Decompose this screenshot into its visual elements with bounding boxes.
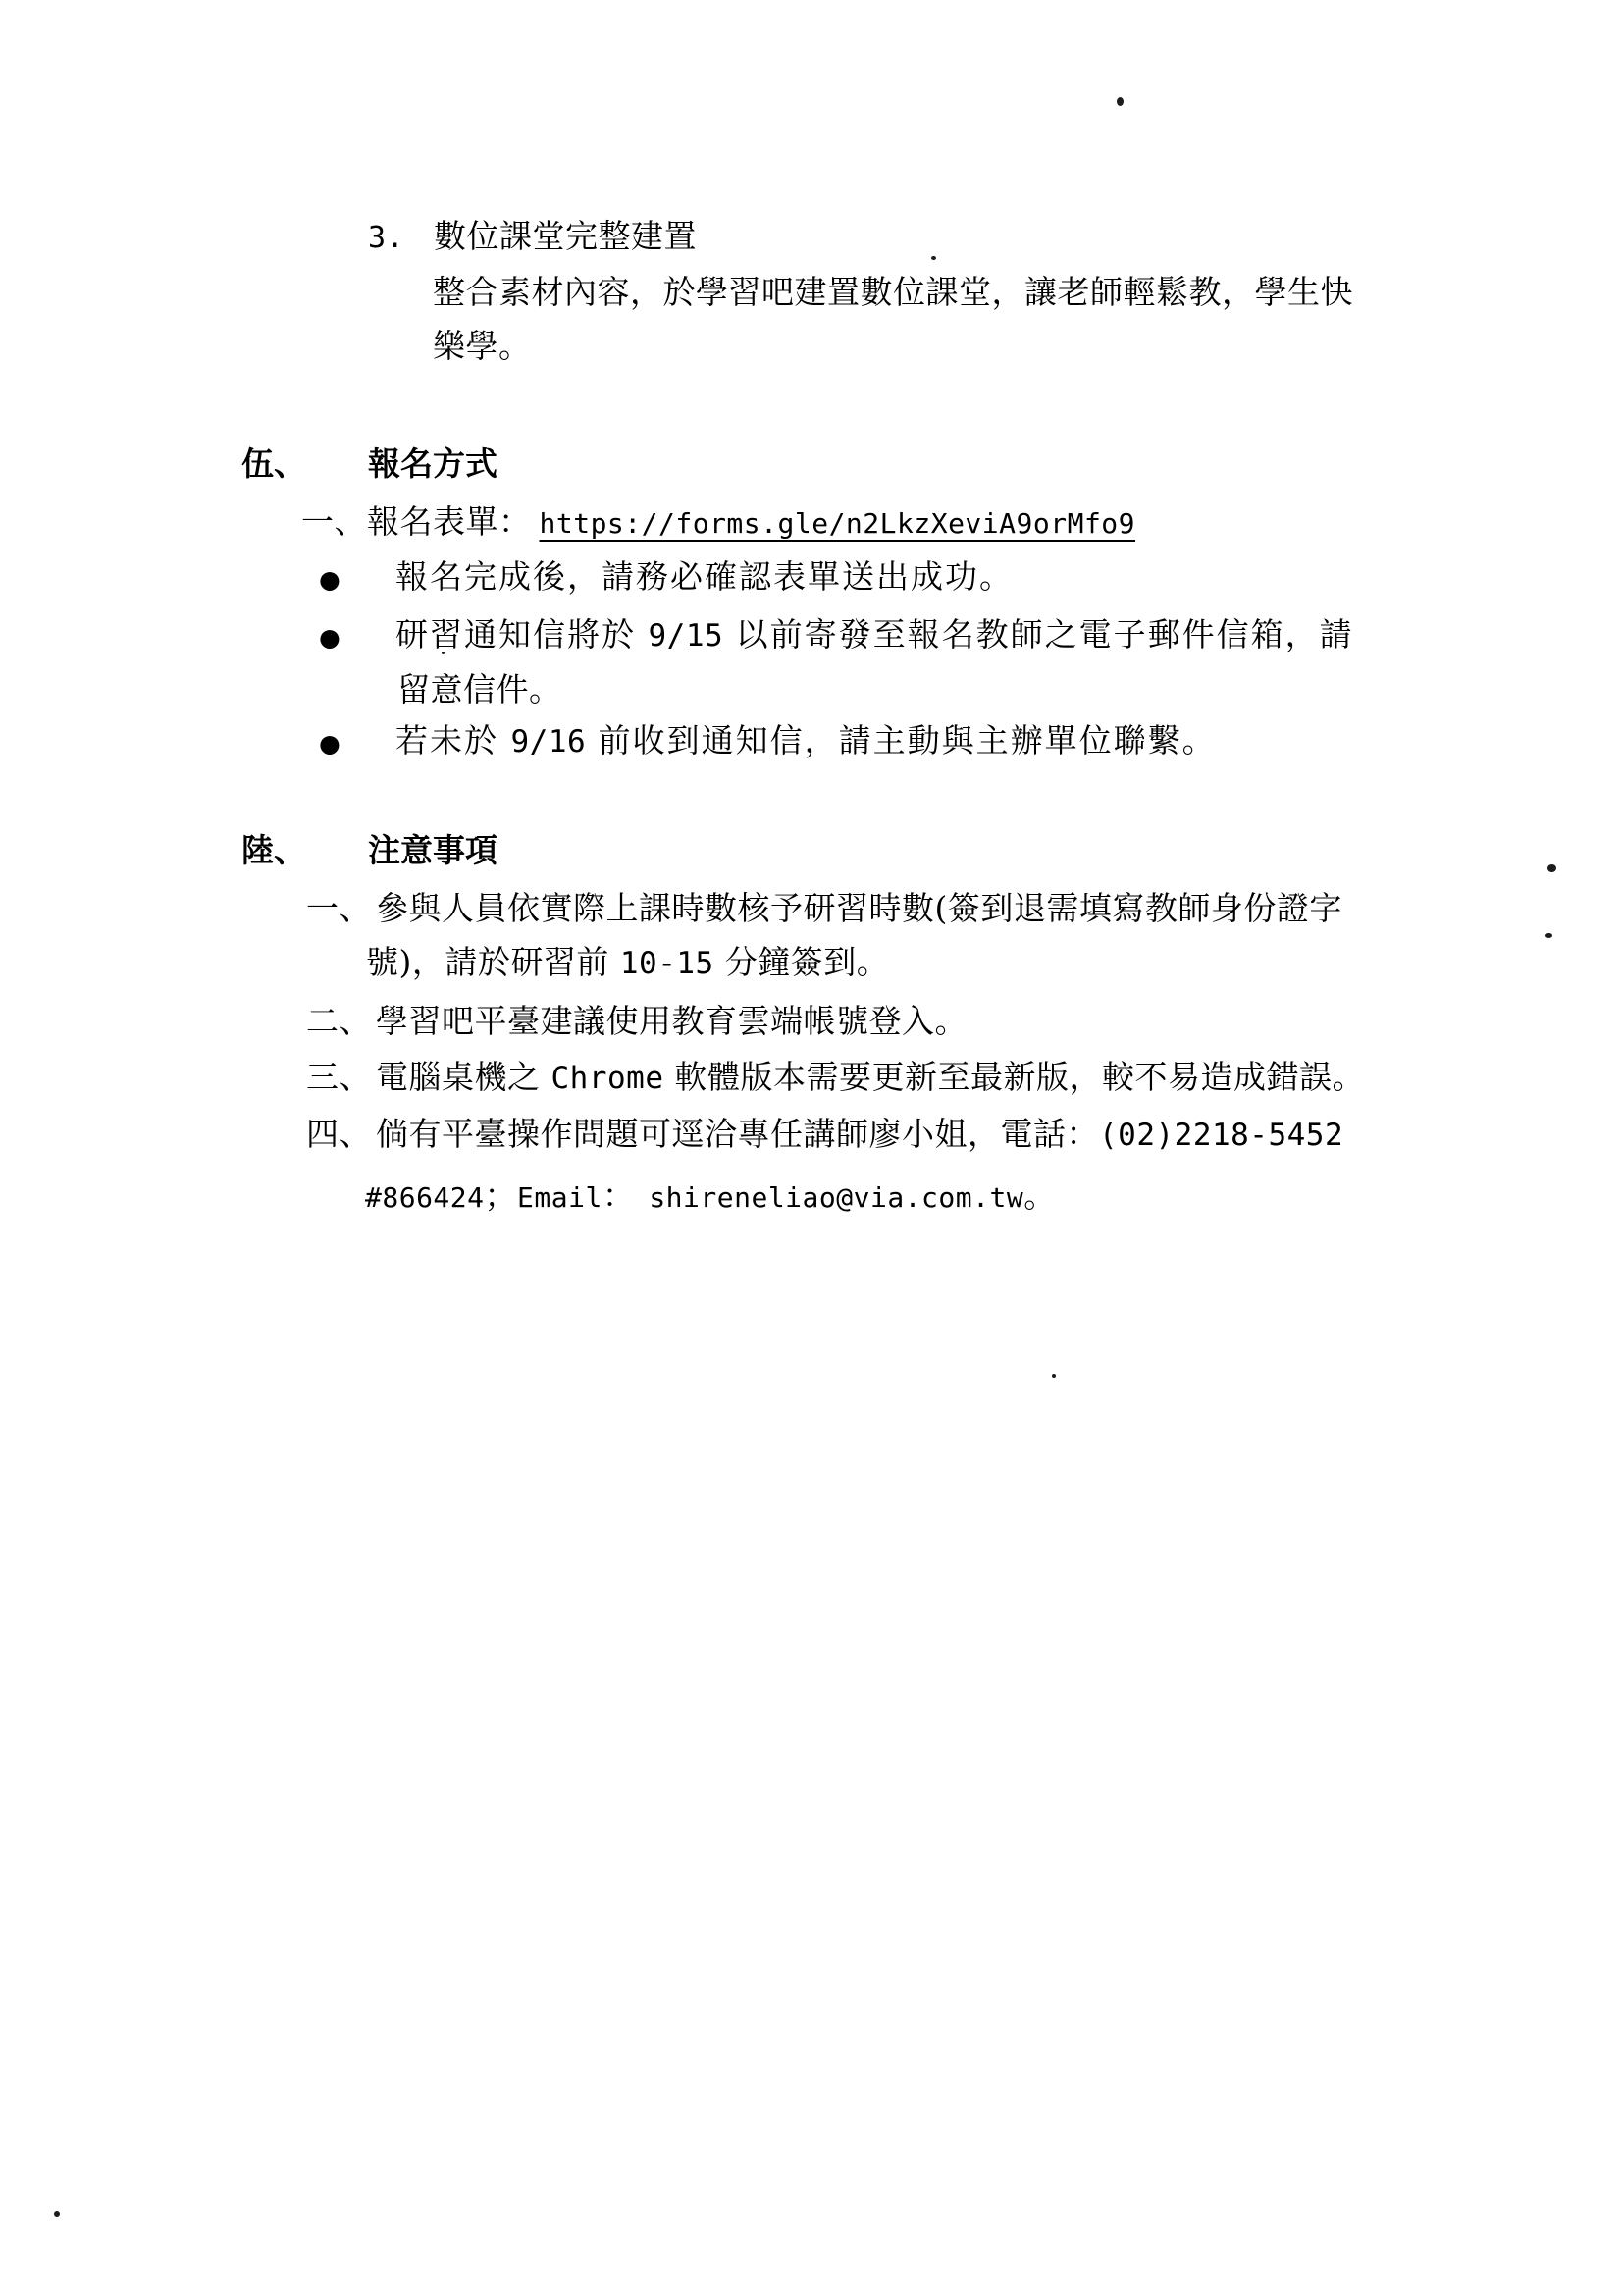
- item3-number: 3.: [368, 218, 434, 258]
- notice4-email-label: Email: [517, 1181, 602, 1214]
- notice4-colon: ：: [602, 1176, 636, 1215]
- bullet-item-1: ●報名完成後，請務必確認表單送出成功。: [319, 556, 1014, 600]
- notice1-minutes: 10-15: [620, 946, 714, 981]
- notice1-line2-post: 分鐘簽到。: [714, 943, 890, 981]
- notice4-email-address: shireneliao@via.com.tw: [649, 1181, 1023, 1214]
- notice-item-1: 一、參與人員依實際上課時數核予研習時數(簽到退需填寫教師身份證字: [306, 888, 1342, 928]
- notice2-number: 二、: [306, 1001, 376, 1041]
- notice4-phone: (02)2218-5452: [1099, 1118, 1343, 1153]
- item3-title: 數位課堂完整建置: [434, 217, 697, 255]
- bullet2-line2: 留意信件。: [397, 669, 562, 709]
- registration-form-url[interactable]: https://forms.gle/n2LkzXeviA9orMfo9: [540, 507, 1136, 540]
- bullet-item-2: ●研習通知信將於 9/15 以前寄發至報名教師之電子郵件信箱，請: [319, 614, 1354, 657]
- notice3-number: 三、: [306, 1057, 376, 1097]
- notice1-line2-pre: 號)，請於研習前: [366, 943, 620, 981]
- bullet-icon: ●: [319, 559, 395, 600]
- notice1-line2: 號)，請於研習前 10-15 分鐘簽到。: [366, 942, 889, 984]
- scanned-document-page: 3.數位課堂完整建置 整合素材內容，於學習吧建置數位課堂，讓老師輕鬆教，學生快 …: [0, 0, 1623, 2296]
- scan-speck: [1052, 1374, 1056, 1378]
- section6-heading: 陸、注意事項: [241, 830, 497, 870]
- registration-form-line: 一、報名表單：https://forms.gle/n2LkzXeviA9orMf…: [301, 501, 1135, 544]
- bullet-icon: ●: [319, 723, 395, 763]
- bullet2-pre: 研習通知信將於: [395, 615, 649, 653]
- notice1-number: 一、: [306, 888, 376, 928]
- scan-speck: [1117, 97, 1124, 106]
- bullet3-post: 前收到通知信，請主動與主辦單位聯繫。: [586, 721, 1217, 759]
- bullet2-date: 9/15: [649, 618, 724, 653]
- bullet-icon: ●: [319, 617, 395, 657]
- section6-title: 注意事項: [368, 831, 497, 869]
- notice3-post: 軟體版本需要更新至最新版，較不易造成錯誤。: [663, 1058, 1365, 1096]
- scan-speck: [1547, 864, 1556, 872]
- notice1-line1: 參與人員依實際上課時數核予研習時數(簽到退需填寫教師身份證字: [376, 889, 1342, 927]
- notice3-chrome: Chrome: [551, 1061, 664, 1096]
- bullet3-date: 9/16: [511, 724, 587, 759]
- notice4-pre: 倘有平臺操作問題可逕洽專任講師廖小姐，電話：: [376, 1115, 1099, 1153]
- scan-speck: [442, 652, 445, 654]
- item3-heading: 3.數位課堂完整建置: [368, 216, 697, 258]
- notice-item-3: 三、電腦桌機之 Chrome 軟體版本需要更新至最新版，較不易造成錯誤。: [306, 1057, 1365, 1099]
- scan-speck: [931, 256, 936, 260]
- notice4-semicolon: ；: [485, 1176, 518, 1215]
- notice4-number: 四、: [306, 1114, 376, 1154]
- form-item-label: 報名表單：: [367, 502, 532, 541]
- notice4-extension: #866424: [365, 1181, 485, 1214]
- section5-heading: 伍、報名方式: [241, 444, 497, 484]
- section6-label: 陸、: [241, 830, 368, 870]
- section5-title: 報名方式: [368, 444, 497, 483]
- section5-label: 伍、: [241, 444, 368, 484]
- notice2-text: 學習吧平臺建議使用教育雲端帳號登入。: [376, 1002, 968, 1040]
- notice-item-4: 四、倘有平臺操作問題可逕洽專任講師廖小姐，電話：(02)2218-5452: [306, 1114, 1343, 1156]
- scan-speck: [54, 2211, 60, 2217]
- form-item-number: 一、: [301, 502, 367, 541]
- bullet2-post: 以前寄發至報名教師之電子郵件信箱，請: [723, 615, 1354, 653]
- notice3-pre: 電腦桌機之: [376, 1058, 551, 1096]
- notice-item-2: 二、學習吧平臺建議使用教育雲端帳號登入。: [306, 1001, 968, 1041]
- notice4-line2: #866424；Email：shireneliao@via.com.tw。: [365, 1175, 1057, 1218]
- item3-body-line1: 整合素材內容，於學習吧建置數位課堂，讓老師輕鬆教，學生快: [433, 272, 1353, 312]
- bullet1-text: 報名完成後，請務必確認表單送出成功。: [395, 557, 1014, 596]
- bullet3-pre: 若未於: [395, 721, 511, 759]
- notice4-period: 。: [1023, 1176, 1057, 1215]
- scan-speck: [1545, 933, 1552, 938]
- item3-body-line2: 樂學。: [433, 326, 532, 366]
- bullet-item-3: ●若未於 9/16 前收到通知信，請主動與主辦單位聯繫。: [319, 720, 1217, 763]
